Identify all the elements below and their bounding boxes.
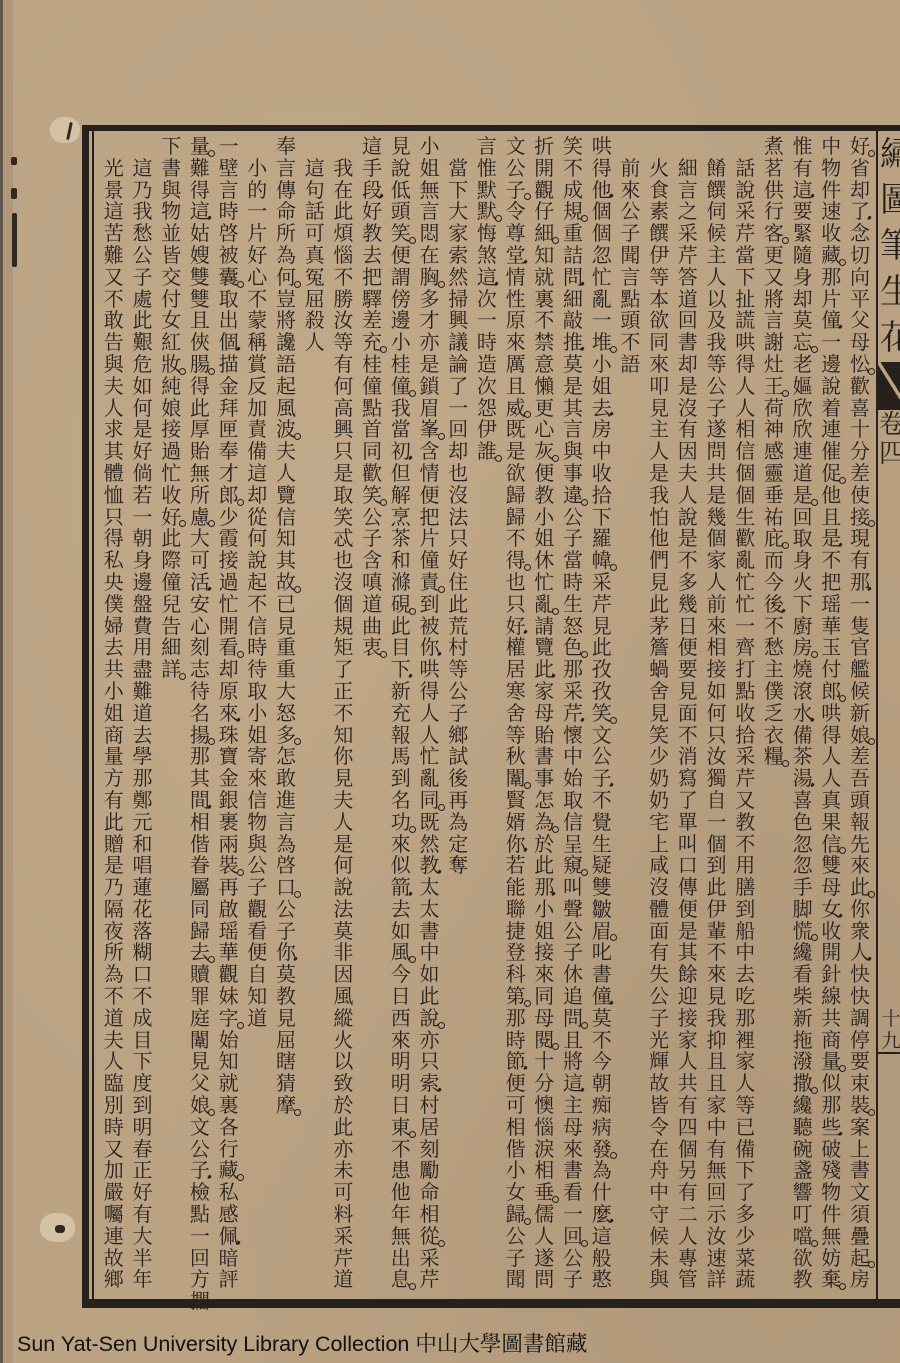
character: 答 xyxy=(676,267,700,289)
text-column-6: 餚饌伺候主人以及我等公子遂問共是幾個家人前來相接如何只汝獨自一個到此伊輩不來見我… xyxy=(705,158,729,1291)
character: 個 xyxy=(590,201,614,223)
character: 既 xyxy=(418,812,442,834)
character: 來 xyxy=(532,964,556,986)
character: 家 xyxy=(733,1051,757,1073)
character: 始 xyxy=(561,768,585,790)
character: 公 xyxy=(504,158,528,180)
binding-hole-tear xyxy=(50,117,80,143)
character: 嫂 xyxy=(188,245,212,267)
character: 是 xyxy=(705,485,729,507)
frame-inner-line-left xyxy=(92,131,94,1299)
character: 收 xyxy=(733,703,757,725)
volume-label: 卷四 xyxy=(879,411,900,469)
character: 是 xyxy=(418,354,442,376)
character: 臨 xyxy=(102,1073,126,1095)
character: 到 xyxy=(389,768,413,790)
character: 所 xyxy=(274,223,298,245)
character: 信 xyxy=(245,616,269,638)
character: 景 xyxy=(102,180,126,202)
character: 法 xyxy=(331,899,355,921)
character: 滌 xyxy=(389,572,413,594)
character: 衣 xyxy=(762,725,786,747)
character: 性 xyxy=(504,289,528,311)
character: 屬 xyxy=(188,877,212,899)
character: 茅 xyxy=(647,616,671,638)
character: 貽 xyxy=(532,725,556,747)
character: 次 xyxy=(475,376,499,398)
character: 致 xyxy=(331,1073,355,1095)
character: 嗔 xyxy=(360,572,384,594)
character: 且 xyxy=(819,507,843,529)
character: 針 xyxy=(819,964,843,986)
character: 首 xyxy=(360,419,384,441)
character: 膳 xyxy=(733,877,757,899)
character: 書 xyxy=(561,1160,585,1182)
character: 輩 xyxy=(705,921,729,943)
character: 忙 xyxy=(217,594,241,616)
character: 沒 xyxy=(647,877,671,899)
character: 本 xyxy=(647,289,671,311)
character: 秋 xyxy=(504,746,528,768)
character: 已 xyxy=(733,1117,757,1139)
character: 一 xyxy=(705,812,729,834)
character: 便 xyxy=(245,942,269,964)
character: 商 xyxy=(102,725,126,747)
character: 要 xyxy=(791,201,815,223)
character: 行 xyxy=(762,201,786,223)
character: 說 xyxy=(819,376,843,398)
character: 叮 xyxy=(791,1204,815,1226)
character: 孜 xyxy=(590,681,614,703)
character: 候 xyxy=(647,1226,671,1248)
character: 商 xyxy=(819,1030,843,1052)
character: 下 xyxy=(446,180,470,202)
character: 他 xyxy=(590,180,614,202)
character: 大 xyxy=(446,201,470,223)
character: 老 xyxy=(791,354,815,376)
character: 個 xyxy=(705,834,729,856)
character: 公 xyxy=(705,376,729,398)
character: 使 xyxy=(848,485,872,507)
character: 火 xyxy=(647,158,671,180)
character: 信 xyxy=(245,790,269,812)
character: 覽 xyxy=(532,637,556,659)
character: 與 xyxy=(647,1269,671,1291)
character: 被 xyxy=(418,616,442,638)
character: 好 xyxy=(131,441,155,463)
character: 纔 xyxy=(791,942,815,964)
character: 過 xyxy=(159,441,183,463)
character: 公 xyxy=(446,681,470,703)
character: 取 xyxy=(331,485,355,507)
character: 尊 xyxy=(504,223,528,245)
character: 大 xyxy=(131,1226,155,1248)
character: 另 xyxy=(676,1160,700,1182)
character: 隻 xyxy=(848,616,872,638)
character: 評 xyxy=(217,1269,241,1291)
character: 垂 xyxy=(762,485,786,507)
character: 快 xyxy=(848,964,872,986)
character: 休 xyxy=(532,550,556,572)
character: 告 xyxy=(159,616,183,638)
character: 什 xyxy=(590,1182,614,1204)
character: 芹 xyxy=(733,768,757,790)
character: 莫 xyxy=(590,1008,614,1030)
character: 何 xyxy=(331,855,355,877)
character: 夫 xyxy=(102,376,126,398)
character: 呈 xyxy=(561,834,585,856)
character: 沒 xyxy=(446,485,470,507)
character: 小 xyxy=(532,507,556,529)
character: 船 xyxy=(733,921,757,943)
character: 備 xyxy=(733,1139,757,1161)
character: 際 xyxy=(159,550,183,572)
character: 造 xyxy=(475,354,499,376)
character: 起 xyxy=(245,572,269,594)
character: 忙 xyxy=(418,746,442,768)
character: 亂 xyxy=(418,768,442,790)
character: 遂 xyxy=(705,419,729,441)
character: 今 xyxy=(389,964,413,986)
character: 感 xyxy=(217,1204,241,1226)
character: 歡 xyxy=(848,376,872,398)
character: 加 xyxy=(102,1160,126,1182)
character: 教 xyxy=(791,1269,815,1291)
character: 面 xyxy=(647,921,671,943)
character: 夫 xyxy=(102,1030,126,1052)
character: 書 xyxy=(418,921,442,943)
character: 瑶 xyxy=(217,921,241,943)
character: 央 xyxy=(102,572,126,594)
character: 不 xyxy=(532,310,556,332)
character: 伊 xyxy=(475,419,499,441)
character: 殺 xyxy=(303,310,327,332)
character: 和 xyxy=(389,550,413,572)
character: 邊 xyxy=(131,572,155,594)
character: 件 xyxy=(819,1204,843,1226)
character: 相 xyxy=(705,637,729,659)
character: 婿 xyxy=(504,812,528,834)
character: 道 xyxy=(245,1008,269,1030)
character: 稱 xyxy=(245,332,269,354)
character: 看 xyxy=(791,964,815,986)
character: 年 xyxy=(131,1269,155,1291)
character: 紅 xyxy=(159,332,183,354)
character: 公 xyxy=(590,746,614,768)
character: 僮 xyxy=(159,572,183,594)
character: 下 xyxy=(733,1160,757,1182)
character: 姑 xyxy=(188,223,212,245)
character: 其 xyxy=(102,441,126,463)
character: 明 xyxy=(389,1051,413,1073)
character: 此 xyxy=(389,616,413,638)
character: 恤 xyxy=(102,485,126,507)
character: 人 xyxy=(303,332,327,354)
character: 純 xyxy=(159,376,183,398)
character: 言 xyxy=(274,812,298,834)
character: 茗 xyxy=(762,158,786,180)
character: 點 xyxy=(733,681,757,703)
character: 物 xyxy=(245,812,269,834)
character: 原 xyxy=(504,310,528,332)
character: 其 xyxy=(676,942,700,964)
character: 身 xyxy=(791,550,815,572)
character: 當 xyxy=(733,245,757,267)
character: 有 xyxy=(102,790,126,812)
character: 曲 xyxy=(360,616,384,638)
character: 等 xyxy=(446,659,470,681)
character: 見 xyxy=(647,572,671,594)
character: 少 xyxy=(733,1226,757,1248)
character: 主 xyxy=(561,1095,585,1117)
character: 珠 xyxy=(217,725,241,747)
character: 擱 xyxy=(188,1291,212,1313)
character: 所 xyxy=(188,485,212,507)
character: 前 xyxy=(705,594,729,616)
character: 乃 xyxy=(131,180,155,202)
character: 痴 xyxy=(590,1095,614,1117)
character: 單 xyxy=(676,812,700,834)
character: 亂 xyxy=(733,550,757,572)
character: 書 xyxy=(848,1160,872,1182)
character: 般 xyxy=(590,1248,614,1270)
character: 姐 xyxy=(532,528,556,550)
character: 懶 xyxy=(532,376,556,398)
character: 姐 xyxy=(532,921,556,943)
character: 母 xyxy=(561,1117,585,1139)
character: 行 xyxy=(217,1139,241,1161)
character: 物 xyxy=(159,201,183,223)
character: 可 xyxy=(504,1095,528,1117)
character: 登 xyxy=(504,942,528,964)
character: 等 xyxy=(647,267,671,289)
character: 無 xyxy=(188,463,212,485)
character: 之 xyxy=(676,201,700,223)
character: 正 xyxy=(131,1160,155,1182)
character: 含 xyxy=(418,441,442,463)
character: 管 xyxy=(676,1269,700,1291)
character: 響 xyxy=(791,1182,815,1204)
character: 子 xyxy=(446,703,470,725)
character: 蔬 xyxy=(733,1269,757,1291)
character: 你 xyxy=(848,899,872,921)
character: 好 xyxy=(504,616,528,638)
character: 言 xyxy=(274,158,298,180)
character: 疑 xyxy=(590,855,614,877)
character: 故 xyxy=(647,1073,671,1095)
character: 祐 xyxy=(762,507,786,529)
character: 敢 xyxy=(102,310,126,332)
character: 鄉 xyxy=(102,1269,126,1291)
character: 見 xyxy=(590,616,614,638)
character: 敢 xyxy=(274,768,298,790)
character: 貽 xyxy=(188,441,212,463)
character: 却 xyxy=(217,659,241,681)
character: 奶 xyxy=(647,768,671,790)
character: 有 xyxy=(331,354,355,376)
character: 了 xyxy=(331,659,355,681)
character: 破 xyxy=(819,1139,843,1161)
character: 有 xyxy=(791,158,815,180)
character: 不 xyxy=(245,289,269,311)
character: 前 xyxy=(618,158,642,180)
character: 報 xyxy=(848,812,872,834)
character: 何 xyxy=(331,376,355,398)
character: 家 xyxy=(705,550,729,572)
character: 叩 xyxy=(647,376,671,398)
character: 一 xyxy=(475,310,499,332)
character: 將 xyxy=(274,310,298,332)
character: 下 xyxy=(590,507,614,529)
character: 伊 xyxy=(647,245,671,267)
character: 我 xyxy=(705,332,729,354)
text-column-17: 見說低頭笑便謂傍邊小桂僮我當初但解烹茶和滌硯此目下新充報馬到名功來似箭去如風今日… xyxy=(389,136,413,1291)
character: 知 xyxy=(532,245,556,267)
character: 此 xyxy=(102,812,126,834)
character: 同 xyxy=(360,441,384,463)
character: 不 xyxy=(590,790,614,812)
character: 在 xyxy=(647,1139,671,1161)
character: 與 xyxy=(159,180,183,202)
character: 舍 xyxy=(647,681,671,703)
character: 俠 xyxy=(188,332,212,354)
character: 而 xyxy=(762,550,786,572)
character: 邊 xyxy=(389,310,413,332)
character: 且 xyxy=(504,376,528,398)
character: 主 xyxy=(647,419,671,441)
character: 個 xyxy=(676,1139,700,1161)
character: 折 xyxy=(532,136,556,158)
character: 原 xyxy=(217,681,241,703)
character: 好 xyxy=(131,1182,155,1204)
character: 物 xyxy=(819,1182,843,1204)
text-column-12: 折開觀仔細知就裏不禁意懶更心灰便教小姐休忙亂請覽此家母貽書事怎為於此那小姐接來同… xyxy=(532,136,556,1291)
character: 姐 xyxy=(418,158,442,180)
character: 說 xyxy=(676,507,700,529)
character: 見 xyxy=(274,616,298,638)
character: 柴 xyxy=(791,986,815,1008)
character: 也 xyxy=(446,463,470,485)
character: 偕 xyxy=(504,1139,528,1161)
character: 口 xyxy=(676,855,700,877)
character: 芹 xyxy=(331,1248,355,1270)
character: 問 xyxy=(705,441,729,463)
character: 幾 xyxy=(676,594,700,616)
character: 苦 xyxy=(102,223,126,245)
character: 教 xyxy=(360,223,384,245)
text-column-3: 惟有這要緊隨身却莫忘老嫗欣欣連道是回取身火下廚房燒滾水備茶湯喜色忽忽手脚慌纔看柴… xyxy=(791,136,815,1291)
character: 舍 xyxy=(504,703,528,725)
character: 一 xyxy=(217,136,241,158)
character: 可 xyxy=(303,223,327,245)
character: 不 xyxy=(245,594,269,616)
character: 個 xyxy=(331,594,355,616)
character: 了 xyxy=(446,376,470,398)
character: 量 xyxy=(102,746,126,768)
character: 未 xyxy=(331,1160,355,1182)
character: 低 xyxy=(389,180,413,202)
character: 聞 xyxy=(504,1269,528,1291)
character: 又 xyxy=(762,267,786,289)
character: 中 xyxy=(733,942,757,964)
character: 取 xyxy=(217,289,241,311)
character: 着 xyxy=(819,398,843,420)
character: 且 xyxy=(705,1051,729,1073)
character: 真 xyxy=(819,790,843,812)
character: 真 xyxy=(303,245,327,267)
character: 玉 xyxy=(819,637,843,659)
character: 共 xyxy=(819,1008,843,1030)
character: 寄 xyxy=(245,746,269,768)
character: 於 xyxy=(331,1095,355,1117)
character: 小 xyxy=(102,681,126,703)
character: 便 xyxy=(504,1073,528,1095)
character: 兒 xyxy=(159,594,183,616)
character: 僮 xyxy=(418,550,442,572)
character: 豈 xyxy=(274,289,298,311)
character: 風 xyxy=(331,986,355,1008)
character: 既 xyxy=(504,419,528,441)
character: 且 xyxy=(705,1073,729,1095)
character: 公 xyxy=(561,921,585,943)
character: 神 xyxy=(762,419,786,441)
character: 奉 xyxy=(274,136,298,158)
character: 見 xyxy=(274,1008,298,1030)
character: 速 xyxy=(705,1248,729,1270)
character: 差 xyxy=(360,310,384,332)
character: 個 xyxy=(733,463,757,485)
character: 私 xyxy=(217,1182,241,1204)
character: 殘 xyxy=(819,1160,843,1182)
character: 明 xyxy=(131,1117,155,1139)
character: 怒 xyxy=(561,616,585,638)
character: 羅 xyxy=(590,528,614,550)
character: 把 xyxy=(819,572,843,594)
character: 儒 xyxy=(532,1204,556,1226)
character: 謂 xyxy=(389,267,413,289)
character: 庭 xyxy=(188,1008,212,1030)
character: 及 xyxy=(705,310,729,332)
character: 時 xyxy=(475,332,499,354)
character: 聽 xyxy=(791,1117,815,1139)
character: 生 xyxy=(877,269,900,315)
character: 了 xyxy=(676,790,700,812)
character: 人 xyxy=(532,1226,556,1248)
character: 用 xyxy=(733,855,757,877)
character: 日 xyxy=(389,986,413,1008)
character: 付 xyxy=(819,659,843,681)
character: 皆 xyxy=(647,1095,671,1117)
character: 禁 xyxy=(532,332,556,354)
character: 省 xyxy=(848,158,872,180)
character: 回 xyxy=(791,507,815,529)
character: 迎 xyxy=(676,986,700,1008)
character: 令 xyxy=(647,1117,671,1139)
character: 描 xyxy=(217,354,241,376)
character: 文 xyxy=(504,136,528,158)
character: 並 xyxy=(159,223,183,245)
character: 采 xyxy=(590,572,614,594)
character: 多 xyxy=(676,572,700,594)
character: 潑 xyxy=(791,1051,815,1073)
character: 僕 xyxy=(762,681,786,703)
character: 娘 xyxy=(159,398,183,420)
character: 權 xyxy=(504,637,528,659)
character: 只 xyxy=(705,725,729,747)
character: 惱 xyxy=(331,245,355,267)
character: 是 xyxy=(102,855,126,877)
character: 村 xyxy=(446,637,470,659)
